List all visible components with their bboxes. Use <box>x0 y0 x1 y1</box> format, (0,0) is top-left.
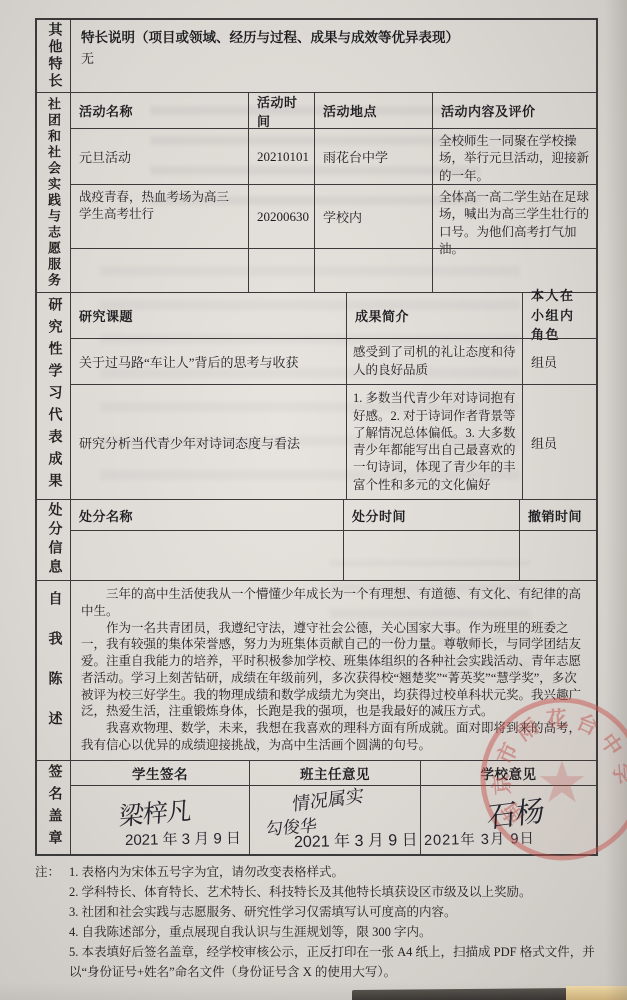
section-other-specialty: 其他特长 特长说明（项目或领域、经历与过程、成果与成效等优异表现） 无 <box>37 20 596 92</box>
school-signature-handwriting: 石杨 <box>486 788 546 837</box>
section-label-signatures: 签名盖章 <box>37 761 71 854</box>
activity-row-place: 学校内 <box>314 184 432 248</box>
punishment-row-revoke <box>519 530 596 580</box>
research-header-role: 本人在小组内角色 <box>522 293 596 338</box>
activities-header-place: 活动地点 <box>314 93 432 128</box>
footnote-item: 3. 社团和社会实践与志愿服务、研究性学习仅需填写认可度高的内容。 <box>69 902 615 922</box>
section-label-punishment: 处分信息 <box>37 500 71 580</box>
activity-row-name: 战疫青春，热血考场为高三学生高考壮行 <box>71 184 248 248</box>
section-label-other-specialty: 其他特长 <box>37 20 71 92</box>
footnote-item: 5. 本表填好后签名盖章，经学校审核公示，正反打印在一张 A4 纸上，扫描成 P… <box>69 942 615 982</box>
evaluation-form-table: 其他特长 特长说明（项目或领域、经历与过程、成果与成效等优异表现） 无 社团和社… <box>35 18 598 856</box>
photo-edge-shadow <box>605 0 627 1000</box>
research-row-role: 组员 <box>522 338 596 384</box>
student-signature-date: 2021 年 3 月 9 日 <box>125 827 241 850</box>
section-label-research: 研究性学习代表成果 <box>37 293 71 499</box>
activity-row-name: 元旦活动 <box>71 128 248 184</box>
punishment-header-time: 处分时间 <box>343 500 519 530</box>
signature-header-teacher: 班主任意见 <box>249 761 420 785</box>
activity-row-time <box>248 248 314 292</box>
research-header-topic: 研究课题 <box>71 293 346 338</box>
footnotes-prefix: 注： <box>35 862 69 982</box>
signature-header-student: 学生签名 <box>71 761 249 785</box>
section-label-activities: 社团和社会实践与志愿服务 <box>37 93 71 292</box>
research-row-result: 感受到了司机的礼让态度和待人的良好品质 <box>346 338 522 384</box>
footnote-item: 2. 学科特长、体育特长、艺术特长、科技特长及其他特长填获设区市级及以上奖励。 <box>69 882 615 902</box>
signature-header-school: 学校意见 <box>420 761 596 785</box>
teacher-opinion-cell: 情况属实 勾俊华 2021 年 3 月 9 日 <box>249 785 420 854</box>
activity-row-desc: 全体高一高二学生站在足球场，喊出为高三学生壮行的口号。为他们高考打气加油。 <box>432 184 596 248</box>
activity-row-desc: 全校师生一同聚在学校操场，举行元旦活动，迎接新的一年。 <box>432 128 596 184</box>
student-signature-handwriting: 梁梓凡 <box>118 791 192 834</box>
research-row-result: 1. 多数当代青少年对诗词抱有好感。2. 对于诗词作者背景等了解情况总体偏低。3… <box>346 384 522 499</box>
activities-header-name: 活动名称 <box>71 93 248 128</box>
section-self-statement: 自我陈述 三年的高中生活使我从一个懵懂少年成长为一个有理想、有道德、有文化、有纪… <box>37 580 596 760</box>
section-research: 研究性学习代表成果 研究课题 成果简介 本人在小组内角色 关于过马路“车让人”背… <box>37 292 596 499</box>
school-opinion-cell: 石杨 2021年 3月 9日 <box>420 785 596 854</box>
section-punishment: 处分信息 处分名称 处分时间 撤销时间 <box>37 499 596 580</box>
activity-row-time: 20210101 <box>248 128 314 184</box>
research-row-topic: 研究分析当代青少年对诗词态度与看法 <box>71 384 346 499</box>
section-signatures: 签名盖章 学生签名 班主任意见 学校意见 梁梓凡 2021 年 3 月 9 日 … <box>37 760 596 854</box>
self-statement-paragraph: 我喜欢物理、数学，未来，我想在我喜欢的理科方面有所成就。面对即将到来的高考，我有… <box>81 720 586 754</box>
activity-row-name <box>71 248 248 292</box>
punishment-header-name: 处分名称 <box>71 500 343 530</box>
footnote-item: 4. 自我陈述部分，重点展现自我认识与生涯规划等，限 300 字内。 <box>69 922 615 942</box>
teacher-signature-date: 2021 年 3 月 9 日 <box>294 827 418 852</box>
self-statement-paragraph: 三年的高中生活使我从一个懵懂少年成长为一个有理想、有道德、有文化、有纪律的高中生… <box>81 586 586 620</box>
activities-header-desc: 活动内容及评价 <box>432 93 596 128</box>
photo-edge-shadow <box>0 982 627 1000</box>
research-row-role: 组员 <box>522 384 596 499</box>
activity-row-place <box>314 248 432 292</box>
footnote-item: 1. 表格内为宋体五号字为宜，请勿改变表格样式。 <box>69 862 615 882</box>
section-label-self-statement: 自我陈述 <box>37 581 71 760</box>
scanned-evaluation-form-page: 其他特长 特长说明（项目或领域、经历与过程、成果与成效等优异表现） 无 社团和社… <box>0 0 627 1000</box>
research-header-result: 成果简介 <box>346 293 522 338</box>
punishment-header-revoke: 撤销时间 <box>519 500 596 530</box>
activity-row-place: 雨花台中学 <box>314 128 432 184</box>
punishment-row-name <box>71 530 343 580</box>
other-specialty-value: 无 <box>81 48 586 67</box>
research-row-topic: 关于过马路“车让人”背后的思考与收获 <box>71 338 346 384</box>
punishment-row-time <box>343 530 519 580</box>
footnotes: 注： 1. 表格内为宋体五号字为宜，请勿改变表格样式。 2. 学科特长、体育特长… <box>35 862 615 982</box>
other-specialty-header: 特长说明（项目或领域、经历与过程、成果与成效等优异表现） <box>81 26 586 46</box>
activities-header-time: 活动时间 <box>248 93 314 128</box>
student-signature-cell: 梁梓凡 2021 年 3 月 9 日 <box>71 785 249 854</box>
self-statement-paragraph: 作为一名共青团员，我遵纪守法，遵守社会公德，关心国家大事。作为班里的班委之一，我… <box>81 620 586 721</box>
section-activities: 社团和社会实践与志愿服务 活动名称 活动时间 活动地点 活动内容及评价 元旦活动… <box>37 92 596 292</box>
activity-row-time: 20200630 <box>248 184 314 248</box>
